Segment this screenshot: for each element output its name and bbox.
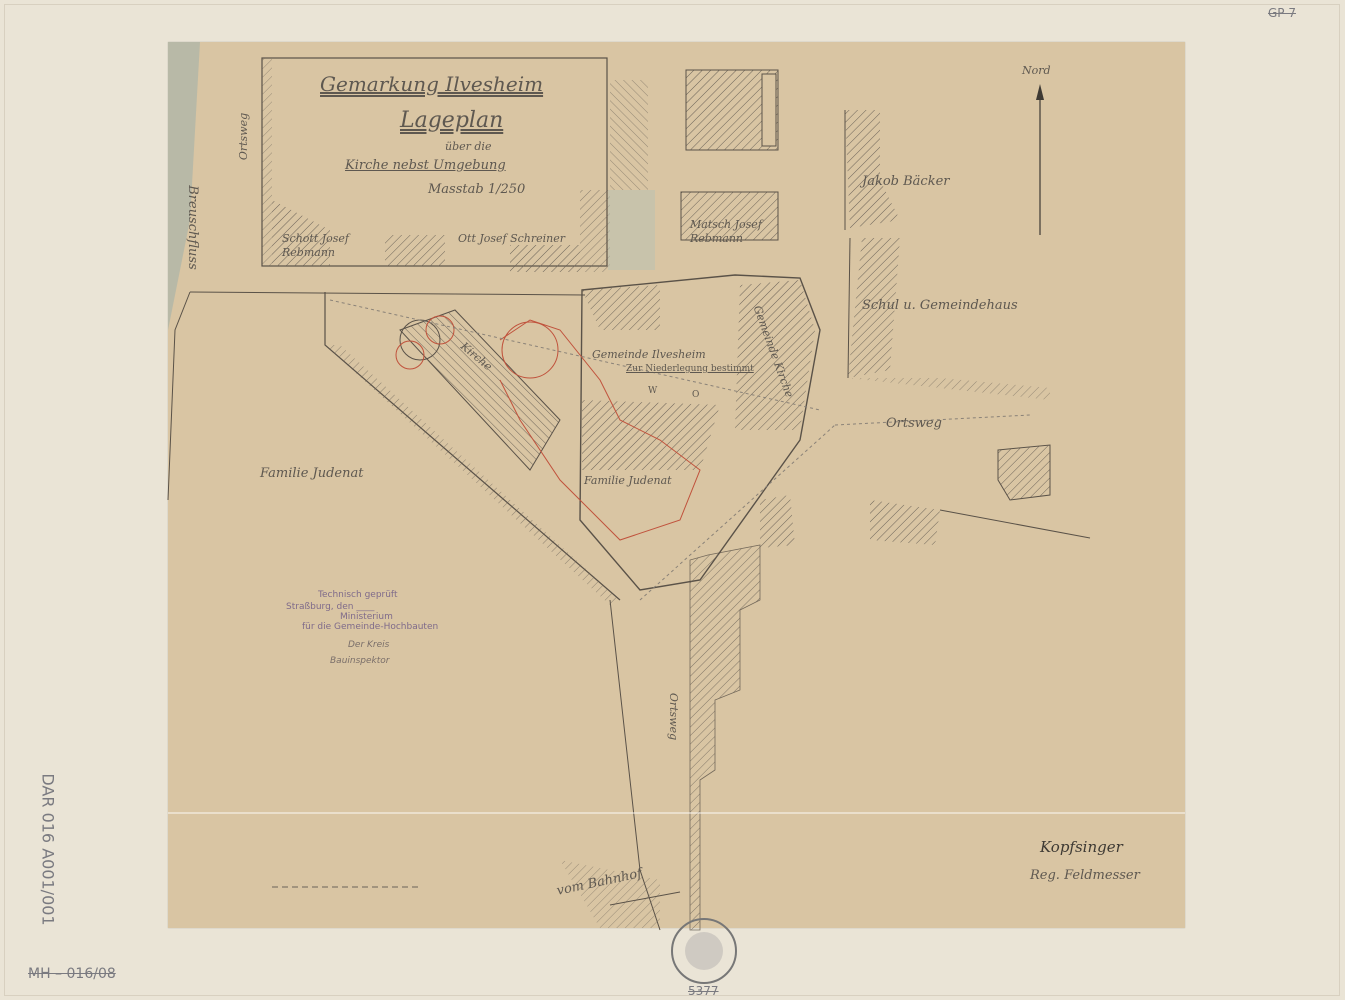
label-owner-1: Schott Josef Rebmann [282,232,362,260]
north-label: Nord [1022,64,1051,77]
stamp-line-3: Ministerium [340,612,393,622]
seal-emblem-icon [685,932,723,970]
label-owner-2: Ott Josef Schreiner [458,232,565,245]
label-road-bottom: Ortsweg [667,693,680,740]
stamp-line-5: Der Kreis [348,640,389,650]
signature: Kopfsinger [1040,838,1123,856]
label-parcel-main: Gemeinde Ilvesheim [592,348,706,361]
label-compass-o: O [692,390,699,400]
title-scale: Masstab 1/250 [428,182,525,197]
label-parcel-note: Zur Niederlegung bestimmt [626,364,754,374]
label-owner-6: Familie Judenat [260,466,363,481]
label-owner-7: Familie Judenat [584,474,672,487]
fold-line [168,812,1185,814]
label-owner-3: Matsch Josef Rebmann [690,218,770,246]
label-owner-4: Jakob Bäcker [862,174,950,189]
stamp-line-1: Technisch geprüft [318,590,397,600]
label-river: Breuschfluss [185,185,200,270]
label-road-left: Ortsweg [237,113,250,160]
stamp-line-2: Straßburg, den ____ [286,602,374,612]
signature-role: Reg. Feldmesser [1030,868,1140,883]
label-owner-5: Schul u. Gemeindehaus [862,298,1018,313]
label-compass-w: W [648,386,657,396]
label-road-right: Ortsweg [886,416,942,431]
north-arrow-icon [1030,84,1050,234]
title-subject: Kirche nebst Umgebung [345,158,506,173]
title-district: Gemarkung Ilvesheim [320,72,543,96]
site-plan-drawing [0,0,1345,1000]
title-plan: Lageplan [400,108,503,133]
archive-seal [671,918,737,984]
title-about: über die [445,140,491,153]
stamp-line-4: für die Gemeinde-Hochbauten [302,622,438,632]
stamp-line-6: Bauinspektor [330,656,389,666]
inventory-number: 5377 [688,984,719,998]
